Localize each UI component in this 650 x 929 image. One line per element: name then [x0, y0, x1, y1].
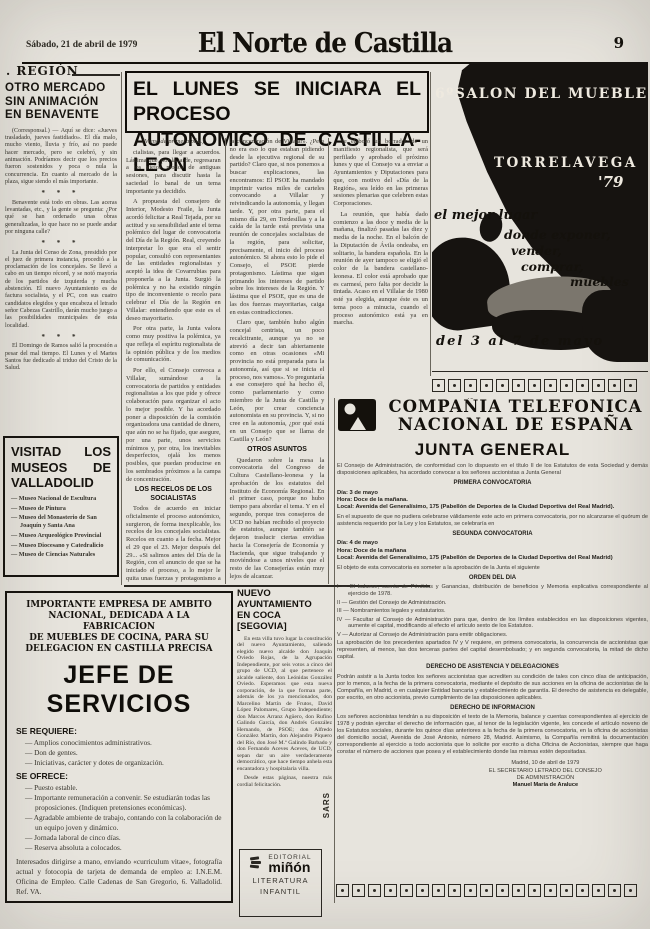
orden-item: IV — Facultar al Consejo de Administraci… — [337, 617, 648, 631]
minon-logo-icon — [249, 855, 265, 874]
ornament-square — [368, 884, 381, 897]
infantil-label: INFANTIL — [243, 887, 318, 896]
ornament-square — [464, 379, 477, 392]
ornament-square — [448, 884, 461, 897]
ornament-square — [496, 379, 509, 392]
requiere-item: Amplios conocimientos administrativos. — [16, 738, 222, 748]
ctne-logo-icon — [337, 398, 377, 435]
ad-tagline: el mejor lugar — [434, 208, 537, 223]
ornament-square — [528, 884, 541, 897]
ornament-square — [464, 884, 477, 897]
article-paragraph: Quedaron sobre la mesa la convocatoria d… — [230, 457, 325, 581]
se-requiere-heading: SE REQUIERE: — [16, 726, 222, 736]
ornament-square — [544, 379, 557, 392]
ornament-square — [512, 379, 525, 392]
signature-name: Manuel María de Araluce — [443, 782, 648, 789]
article-paragraph: Se elaboró un borrador de un manifiesto … — [333, 138, 428, 208]
literatura-label: LITERATURA — [243, 876, 318, 885]
ofrece-list: Puesto estable.Importante remuneración a… — [16, 783, 222, 852]
article-paragraph: Por ello, el Consejo convoca a Villalar,… — [126, 367, 221, 483]
coca-article: NUEVO AYUNTAMIENTO EN COCA [SEGOVIA] En … — [237, 589, 332, 845]
derecho-heading: DERECHO DE INFORMACION — [337, 705, 648, 713]
orden-item: II — Gestión del Consejo de Administraci… — [337, 600, 648, 607]
convocatoria-heading: SEGUNDA CONVOCATORIA — [337, 531, 648, 539]
ofrece-item: Importante remuneración a convenir. Se e… — [16, 793, 222, 813]
ofrece-item: Reserva absoluta a colocados. — [16, 843, 222, 853]
article-paragraph: La reunión, que había dado comienzo a la… — [333, 211, 428, 327]
benavente-paragraph: (Corresponsal.) — Aquí se dice: «Jueves … — [5, 128, 117, 187]
orden-item: I — El balance, cuenta de Pérdidas y Gan… — [337, 584, 648, 598]
ornament-square — [560, 884, 573, 897]
ornament-square — [336, 884, 349, 897]
ornament-square — [400, 884, 413, 897]
ornament-square — [384, 884, 397, 897]
company-name-line: COMPAÑIA TELEFONICA — [383, 398, 648, 416]
ornament-strip — [432, 379, 648, 392]
main-headline-line: EL LUNES SE INICIARA EL PROCESO — [133, 77, 421, 128]
ad-paragraph: Podrán asistir a la Junta todos los seño… — [337, 674, 648, 702]
column-rule — [430, 72, 431, 376]
meta-line: Local: Avenida del Generalísimo, 175 (Pa… — [337, 504, 648, 511]
convocatoria-heading: PRIMERA CONVOCATORIA — [337, 480, 648, 488]
section-label: . REGIÓN — [6, 64, 79, 78]
ornament-square — [624, 884, 637, 897]
museos-title-line: VALLADOLID — [11, 475, 111, 491]
ad-paragraph: El objeto de esta convocatoria es somete… — [337, 565, 648, 572]
signature-role: EL SECRETARIO LETRADO DEL CONSEJO — [443, 768, 648, 775]
salon-del-mueble-line: 6ºSALON DEL MUEBLE — [435, 86, 648, 102]
stars-separator: * * * — [5, 189, 117, 197]
minon-ad: EDITORIAL miñón LITERATURA INFANTIL — [239, 849, 322, 917]
meta-line: Día: 3 de mayo — [337, 490, 648, 497]
museos-title-line: VISITAD LOS — [11, 444, 111, 460]
meta-line: Día: 4 de mayo — [337, 540, 648, 547]
article-subhead: LOS RECELOS DE LOS SOCIALISTAS — [126, 486, 221, 503]
coca-headline: NUEVO AYUNTAMIENTO EN COCA [SEGOVIA] — [237, 589, 332, 633]
ornament-square — [608, 379, 621, 392]
article-paragraph: cialistas, para llegar a acuerdos. Lásti… — [126, 149, 221, 196]
orden-item: V — Autorizar al Consejo de Administraci… — [337, 632, 648, 639]
contact-paragraph: Interesados dirigirse a mano, enviando «… — [16, 857, 222, 896]
jefe-servicios-ad: IMPORTANTE EMPRESA DE AMBITO NACIONAL, D… — [5, 591, 233, 903]
section-rule — [72, 74, 120, 76]
ad-tagline: muebles — [570, 274, 629, 289]
telefonica-header: COMPAÑIA TELEFONICA NACIONAL DE ESPAÑA — [337, 398, 648, 435]
jefe-title: JEFE DE SERVICIOS — [16, 661, 222, 719]
meta-line: Hora: Doce de la mañana — [337, 548, 648, 555]
ornament-square — [448, 379, 461, 392]
ornament-square — [432, 884, 445, 897]
museum-item: Museo de Ciencias Naturales — [11, 551, 111, 559]
museum-item: Museo Nacional de Escultura — [11, 495, 111, 503]
article-paragraph: Por otra parte, la Junta valora como muy… — [126, 325, 221, 364]
torrelavega-line: TORRELAVEGA — [494, 155, 638, 171]
continuation-note: (Viene de primera pág.) — [126, 138, 221, 146]
ornament-square — [608, 884, 621, 897]
se-ofrece-heading: SE OFRECE: — [16, 771, 222, 781]
jefe-intro: IMPORTANTE EMPRESA DE AMBITO NACIONAL, D… — [16, 600, 222, 655]
benavente-article: OTRO MERCADO SIN ANIMACIÓN EN BENAVENTE … — [5, 82, 117, 434]
ornament-square — [576, 884, 589, 897]
coca-paragraph: En esta villa tuvo lugar la constitución… — [237, 636, 332, 773]
ad-paragraph: En el supuesto de que no pudiera celebra… — [337, 514, 648, 528]
benavente-headline: OTRO MERCADO SIN ANIMACIÓN EN BENAVENTE — [5, 82, 117, 123]
ad-dates-line: del 3 al 7 de mayo — [436, 334, 604, 349]
museum-item: Museo Diocesano y Catedralicio — [11, 542, 111, 550]
museos-ad: VISITAD LOSMUSEOS DEVALLADOLID Museo Nac… — [3, 436, 119, 577]
reference-number: 1.021/79 — [16, 899, 222, 903]
museos-title: VISITAD LOSMUSEOS DEVALLADOLID — [11, 444, 111, 491]
orden-list: I — El balance, cuenta de Pérdidas y Gan… — [337, 584, 648, 639]
stars-separator: * * * — [5, 239, 117, 247]
ornament-square — [592, 379, 605, 392]
main-headline: EL LUNES SE INICIARA EL PROCESO AUTONOMI… — [125, 71, 429, 133]
ornament-square — [528, 379, 541, 392]
ofrece-item: Agradable ambiente de trabajo, contando … — [16, 813, 222, 833]
requiere-item: Iniciativas, carácter y dotes de organiz… — [16, 758, 222, 768]
ornament-square — [480, 884, 493, 897]
ofrece-item: Jornada laboral de cinco días. — [16, 833, 222, 843]
ornament-square — [560, 379, 573, 392]
ad-rule — [432, 371, 648, 372]
minon-brand: miñón — [268, 861, 311, 874]
museum-item: Museo Arqueológico Provincial — [11, 532, 111, 540]
requiere-item: Don de gentes. — [16, 748, 222, 758]
ornament-square — [496, 884, 509, 897]
torrelavega-ad: 6ºSALON DEL MUEBLE TORRELAVEGA '79 el me… — [432, 62, 648, 368]
ad-paragraph: Los señores accionistas tendrán a su dis… — [337, 714, 648, 756]
article-paragraph: A propuesta del consejero de Interior, M… — [126, 198, 221, 322]
benavente-paragraph: Benavente está todo en obras. Las aceras… — [5, 200, 117, 237]
ad-paragraph: El Consejo de Administración, de conform… — [337, 463, 648, 477]
requiere-list: Amplios conocimientos administrativos.Do… — [16, 738, 222, 768]
coca-paragraph: Desde estas páginas, nuestra más cordial… — [237, 775, 332, 788]
meta-line: Hora: Doce de la mañana. — [337, 497, 648, 504]
benavente-paragraph: El Domingo de Ramos salió la procesión a… — [5, 343, 117, 372]
museos-title-line: MUSEOS DE — [11, 460, 111, 476]
junta-general-title: JUNTA GENERAL — [337, 439, 648, 460]
orden-item: III — Nombramientos legales y estatutari… — [337, 608, 648, 615]
ornament-strip — [336, 884, 648, 897]
stars-separator: * * * — [5, 333, 117, 341]
ad-art-shape — [582, 290, 648, 362]
meta-line: Local: Avenida del Generalísimo, 175 (Pa… — [337, 555, 648, 562]
ornament-square — [624, 379, 637, 392]
benavente-paragraph: La Junta del Censo de Zona, presidido po… — [5, 250, 117, 330]
museum-item: Museo de Pintura — [11, 505, 111, 513]
signature-place-date: Madrid, 10 de abril de 1979 — [443, 760, 648, 767]
ornament-square — [432, 379, 445, 392]
ad-tagline: comprar, — [521, 259, 584, 274]
masthead: El Norte de Castilla — [26, 28, 624, 59]
telefonica-ad: COMPAÑIA TELEFONICA NACIONAL DE ESPAÑA J… — [337, 398, 648, 880]
signature-block: Madrid, 10 de abril de 1979 EL SECRETARI… — [443, 760, 648, 789]
page-number: 9 — [614, 34, 624, 52]
company-name-line: NACIONAL DE ESPAÑA — [383, 416, 648, 434]
museos-list: Museo Nacional de EsculturaMuseo de Pint… — [11, 495, 111, 559]
column-rule — [121, 72, 122, 585]
ornament-square — [576, 379, 589, 392]
ornament-square — [352, 884, 365, 897]
ornament-square — [512, 884, 525, 897]
ad-paragraph: La aprobación de los precedentes apartad… — [337, 640, 648, 661]
derecho-heading: DERECHO DE ASISTENCIA Y DELEGACIONES — [337, 664, 648, 672]
year-line: '79 — [598, 173, 623, 191]
ad-tagline: vender, — [511, 243, 562, 258]
ad-tagline: donde exponer, — [504, 227, 611, 242]
ornament-square — [416, 884, 429, 897]
ornament-square — [480, 379, 493, 392]
ofrece-item: Puesto estable. — [16, 783, 222, 793]
museum-item: Museo del Monasterio de San Joaquín y Sa… — [11, 514, 111, 530]
article-subhead: OTROS ASUNTOS — [230, 446, 325, 454]
ornament-square — [592, 884, 605, 897]
article-paragraph: Claro que, también hubo algún concejal c… — [230, 319, 325, 443]
ornament-square — [544, 884, 557, 897]
signature-role: DE ADMINISTRACIÓN — [443, 775, 648, 782]
newspaper-page: Sábado, 21 de abril de 1979 El Norte de … — [0, 0, 650, 929]
orden-heading: ORDEN DEL DIA — [337, 575, 648, 583]
